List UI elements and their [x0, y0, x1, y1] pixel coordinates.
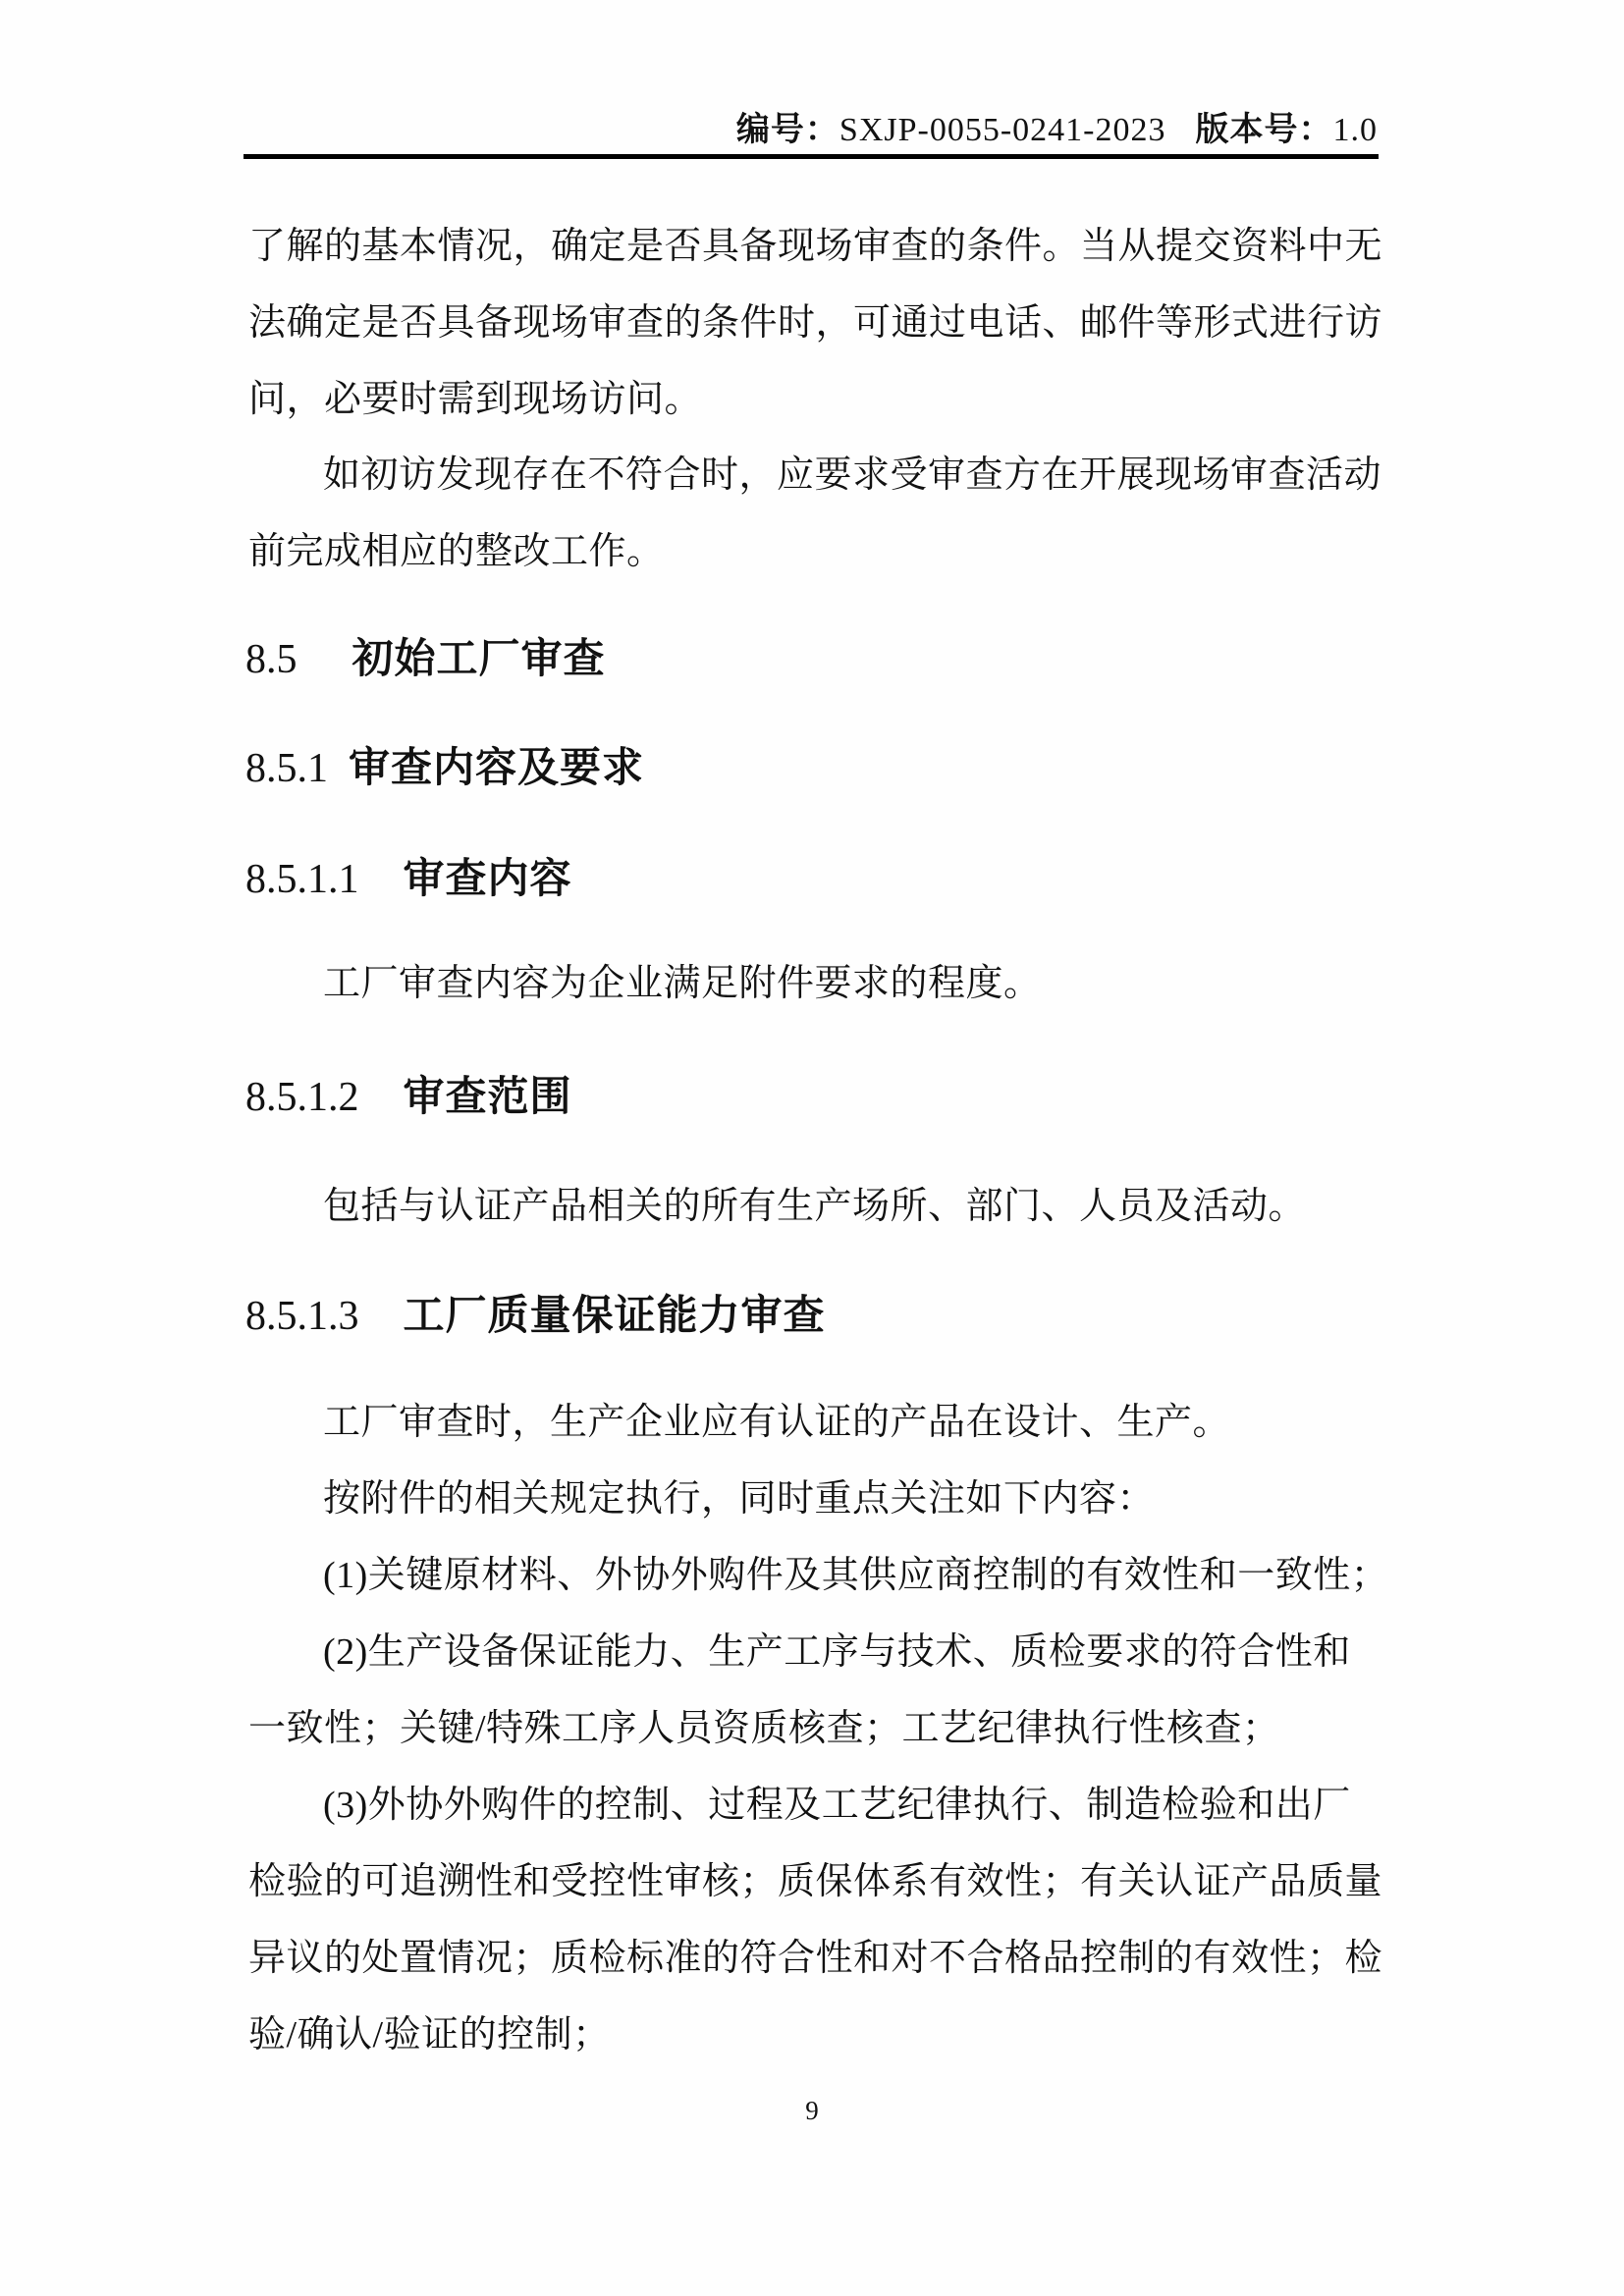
body-line: 如初访发现存在不符合时，应要求受审查方在开展现场审查活动	[248, 437, 1392, 513]
body-line: (2)生产设备保证能力、生产工序与技术、质检要求的符合性和	[248, 1614, 1392, 1690]
body-line: 问，必要时需到现场访问。	[248, 361, 1392, 438]
version-value: 1.0	[1333, 112, 1379, 148]
body-line: 工厂审查时，生产企业应有认证的产品在设计、生产。	[248, 1384, 1392, 1461]
paragraph-intro: 了解的基本情况，确定是否具备现场审查的条件。当从提交资料中无 法确定是否具备现场…	[248, 208, 1392, 438]
heading-title: 审查范围	[404, 1075, 572, 1120]
heading-title: 工厂质量保证能力审查	[404, 1294, 826, 1339]
paragraph-per-annex: 按附件的相关规定执行，同时重点关注如下内容：	[248, 1461, 1392, 1537]
heading-number: 8.5	[245, 637, 298, 682]
doc-id-value: SXJP-0055-0241-2023	[839, 112, 1166, 148]
document-header: 编号：SXJP-0055-0241-2023版本号：1.0	[736, 111, 1378, 150]
body-line: (3)外协外购件的控制、过程及工艺纪律执行、制造检验和出厂	[248, 1767, 1392, 1843]
doc-id-label: 编号：	[736, 112, 839, 148]
heading-number: 8.5.1	[245, 746, 328, 791]
heading-number: 8.5.1.2	[245, 1075, 359, 1120]
section-heading-8-5-1-1: 8.5.1.1审查内容	[245, 853, 572, 906]
section-heading-8-5-1-2: 8.5.1.2审查范围	[245, 1071, 572, 1124]
heading-number: 8.5.1.3	[245, 1294, 359, 1339]
version-label: 版本号：	[1196, 112, 1333, 148]
heading-number: 8.5.1.1	[245, 857, 359, 902]
paragraph-quality-audit: 工厂审查时，生产企业应有认证的产品在设计、生产。	[248, 1384, 1392, 1461]
body-line: 一致性；关键/特殊工序人员资质核查；工艺纪律执行性核查；	[248, 1690, 1392, 1767]
body-line: (1)关键原材料、外协外购件及其供应商控制的有效性和一致性；	[248, 1537, 1392, 1614]
body-line: 包括与认证产品相关的所有生产场所、部门、人员及活动。	[248, 1168, 1392, 1245]
paragraph-audit-scope: 包括与认证产品相关的所有生产场所、部门、人员及活动。	[248, 1168, 1392, 1245]
section-heading-8-5-1: 8.5.1审查内容及要求	[245, 742, 644, 795]
body-line: 检验的可追溯性和受控性审核；质保体系有效性；有关认证产品质量	[248, 1843, 1392, 1920]
header-rule	[244, 154, 1379, 159]
section-heading-8-5: 8.5初始工厂审查	[245, 633, 606, 686]
heading-title: 审查内容及要求	[349, 746, 644, 791]
body-line: 了解的基本情况，确定是否具备现场审查的条件。当从提交资料中无	[248, 208, 1392, 285]
body-line: 工厂审查内容为企业满足附件要求的程度。	[248, 945, 1392, 1022]
list-item-1: (1)关键原材料、外协外购件及其供应商控制的有效性和一致性；	[248, 1537, 1392, 1614]
page-number: 9	[0, 2094, 1624, 2127]
paragraph-initial-visit: 如初访发现存在不符合时，应要求受审查方在开展现场审查活动 前完成相应的整改工作。	[248, 437, 1392, 590]
heading-title: 初始工厂审查	[352, 637, 606, 682]
body-line: 法确定是否具备现场审查的条件时，可通过电话、邮件等形式进行访	[248, 285, 1392, 361]
paragraph-audit-content: 工厂审查内容为企业满足附件要求的程度。	[248, 945, 1392, 1022]
document-page: 编号：SXJP-0055-0241-2023版本号：1.0 了解的基本情况，确定…	[0, 0, 1624, 2296]
list-item-3: (3)外协外购件的控制、过程及工艺纪律执行、制造检验和出厂 检验的可追溯性和受控…	[248, 1767, 1392, 2073]
body-line: 按附件的相关规定执行，同时重点关注如下内容：	[248, 1461, 1392, 1537]
list-item-2: (2)生产设备保证能力、生产工序与技术、质检要求的符合性和 一致性；关键/特殊工…	[248, 1614, 1392, 1767]
body-line: 前完成相应的整改工作。	[248, 513, 1392, 590]
body-line: 异议的处置情况；质检标准的符合性和对不合格品控制的有效性；检	[248, 1920, 1392, 1997]
section-heading-8-5-1-3: 8.5.1.3工厂质量保证能力审查	[245, 1290, 826, 1343]
body-line: 验/确认/验证的控制；	[248, 1997, 1392, 2073]
heading-title: 审查内容	[404, 857, 572, 902]
